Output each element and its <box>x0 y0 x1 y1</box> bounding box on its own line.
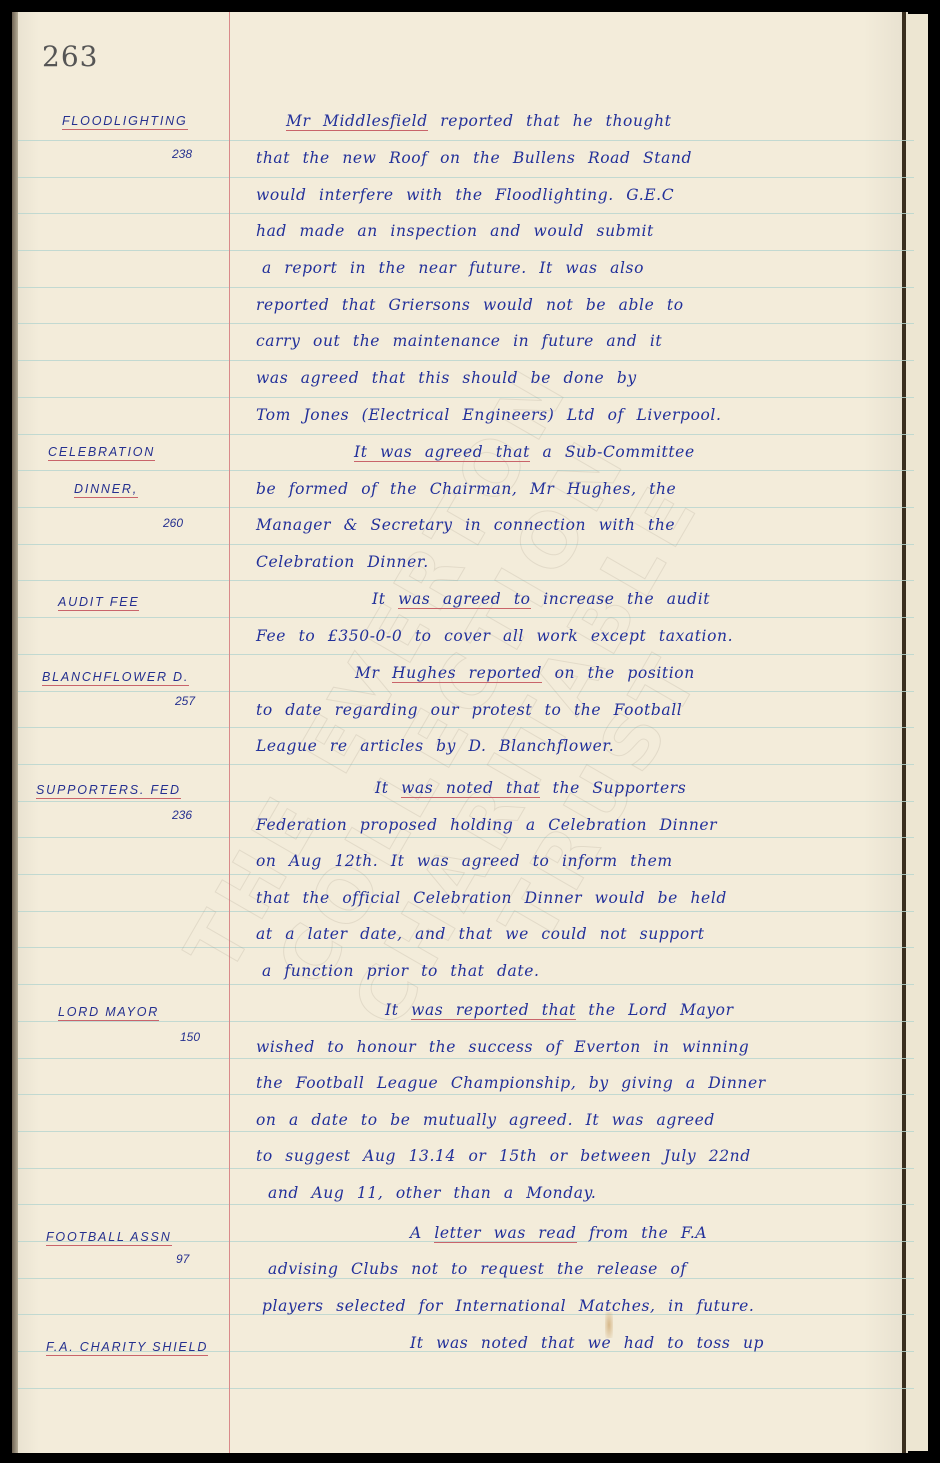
body-line: It was noted that we had to toss up <box>410 1334 764 1352</box>
margin-heading-blanchflower: BLANCHFLOWER D. <box>42 670 189 686</box>
body-line: It was agreed that a Sub-Committee <box>354 443 695 461</box>
ruled-line <box>18 617 914 618</box>
body-line: a report in the near future. It was also <box>262 259 644 277</box>
underlying-page-edge <box>906 14 928 1451</box>
margin-heading-supporters-fed: SUPPORTERS. FED <box>36 783 181 799</box>
underlined-phrase: was noted that <box>401 779 540 798</box>
body-line: carry out the maintenance in future and … <box>256 332 662 350</box>
body-text: It <box>375 779 401 797</box>
body-line: had made an inspection and would submit <box>256 222 654 240</box>
ruled-line <box>18 1204 914 1205</box>
margin-heading-lord-mayor: LORD MAYOR <box>58 1005 159 1021</box>
body-line: Fee to £350-0-0 to cover all work except… <box>256 627 733 645</box>
margin-ref: 97 <box>176 1252 189 1266</box>
ruled-line <box>18 1278 914 1279</box>
body-text: the Supporters <box>540 779 686 797</box>
body-text: from the F.A <box>577 1224 708 1242</box>
ruled-line <box>18 1131 914 1132</box>
body-line: the Football League Championship, by giv… <box>256 1074 766 1092</box>
ruled-line <box>18 764 914 765</box>
ruled-line <box>18 507 914 508</box>
body-line: a function prior to that date. <box>262 962 540 980</box>
body-line: to suggest Aug 13.14 or 15th or between … <box>256 1147 751 1165</box>
body-line: that the official Celebration Dinner wou… <box>256 889 727 907</box>
ruled-line <box>18 250 914 251</box>
body-line: Mr Hughes reported on the position <box>355 664 695 682</box>
body-line: Mr Middlesfield reported that he thought <box>286 112 672 130</box>
body-line: on Aug 12th. It was agreed to inform the… <box>256 852 673 870</box>
ruled-line <box>18 984 914 985</box>
body-line: A letter was read from the F.A <box>410 1224 707 1242</box>
margin-heading-fa-charity-shield: F.A. CHARITY SHIELD <box>46 1340 208 1356</box>
body-line: advising Clubs not to request the releas… <box>268 1260 687 1278</box>
margin-heading-football-assn: FOOTBALL ASSN <box>46 1230 172 1246</box>
body-line: and Aug 11, other than a Monday. <box>268 1184 596 1202</box>
body-line: Tom Jones (Electrical Engineers) Ltd of … <box>256 406 722 424</box>
body-line: at a later date, and that we could not s… <box>256 925 705 943</box>
ruled-line <box>18 287 914 288</box>
margin-heading-audit-fee: AUDIT FEE <box>58 595 139 611</box>
margin-heading-floodlighting: FLOODLIGHTING <box>62 114 188 130</box>
body-line: reported that Griersons would not be abl… <box>256 296 684 314</box>
ruled-line <box>18 1021 914 1022</box>
body-text: increase the audit <box>531 590 710 608</box>
margin-heading-dinner: DINNER, <box>74 482 138 498</box>
margin-rule <box>229 12 230 1453</box>
ruled-line <box>18 1058 914 1059</box>
body-text: the Lord Mayor <box>576 1001 734 1019</box>
ruled-line <box>18 544 914 545</box>
body-line: would interfere with the Floodlighting. … <box>256 186 674 204</box>
ruled-line <box>18 874 914 875</box>
ruled-line <box>18 434 914 435</box>
margin-ref: 238 <box>172 147 192 161</box>
underlined-phrase: was agreed to <box>398 590 531 609</box>
body-line: be formed of the Chairman, Mr Hughes, th… <box>256 480 676 498</box>
body-line: was agreed that this should be done by <box>256 369 637 387</box>
page-binding-edge <box>12 12 18 1453</box>
body-line: It was reported that the Lord Mayor <box>385 1001 734 1019</box>
ruled-line <box>18 213 914 214</box>
body-line: League re articles by D. Blanchflower. <box>256 737 614 755</box>
body-line: on a date to be mutually agreed. It was … <box>256 1111 715 1129</box>
body-text: a Sub-Committee <box>530 443 695 461</box>
ruled-line <box>18 1168 914 1169</box>
body-line: Federation proposed holding a Celebratio… <box>256 816 717 834</box>
underlined-phrase: Hughes reported <box>392 664 542 683</box>
ruled-line <box>18 1094 914 1095</box>
page-number: 263 <box>42 40 98 73</box>
ruled-line <box>18 947 914 948</box>
margin-ref: 150 <box>180 1030 200 1044</box>
body-line: Celebration Dinner. <box>256 553 429 571</box>
body-text: It <box>372 590 398 608</box>
ruled-line <box>18 837 914 838</box>
ruled-line <box>18 691 914 692</box>
margin-ref: 257 <box>175 694 195 708</box>
body-line: Manager & Secretary in connection with t… <box>256 516 675 534</box>
body-line: It was noted that the Supporters <box>375 779 686 797</box>
body-line: wished to honour the success of Everton … <box>256 1038 749 1056</box>
margin-heading-celebration: CELEBRATION <box>48 445 155 461</box>
underlined-phrase: Mr Middlesfield <box>286 112 428 131</box>
ruled-line <box>18 801 914 802</box>
body-line: to date regarding our protest to the Foo… <box>256 701 682 719</box>
ruled-line <box>18 177 914 178</box>
ruled-line <box>18 397 914 398</box>
body-text: reported that he thought <box>428 112 672 130</box>
ruled-line <box>18 727 914 728</box>
ruled-line <box>18 580 914 581</box>
underlined-phrase: letter was read <box>434 1224 576 1243</box>
body-line: that the new Roof on the Bullens Road St… <box>256 149 692 167</box>
ruled-line <box>18 323 914 324</box>
margin-ref: 236 <box>172 808 192 822</box>
ruled-line <box>18 911 914 912</box>
body-line: It was agreed to increase the audit <box>372 590 710 608</box>
body-text: Mr <box>355 664 392 682</box>
underlined-phrase: It was agreed that <box>354 443 530 462</box>
body-text: It <box>385 1001 411 1019</box>
body-text: A <box>410 1224 434 1242</box>
margin-ref: 260 <box>163 516 183 530</box>
ruled-line <box>18 1388 914 1389</box>
ruled-line <box>18 360 914 361</box>
ruled-line <box>18 470 914 471</box>
underlined-phrase: was reported that <box>411 1001 576 1020</box>
body-text: on the position <box>542 664 695 682</box>
body-line: players selected for International Match… <box>262 1297 754 1315</box>
ruled-line <box>18 140 914 141</box>
ruled-line <box>18 654 914 655</box>
